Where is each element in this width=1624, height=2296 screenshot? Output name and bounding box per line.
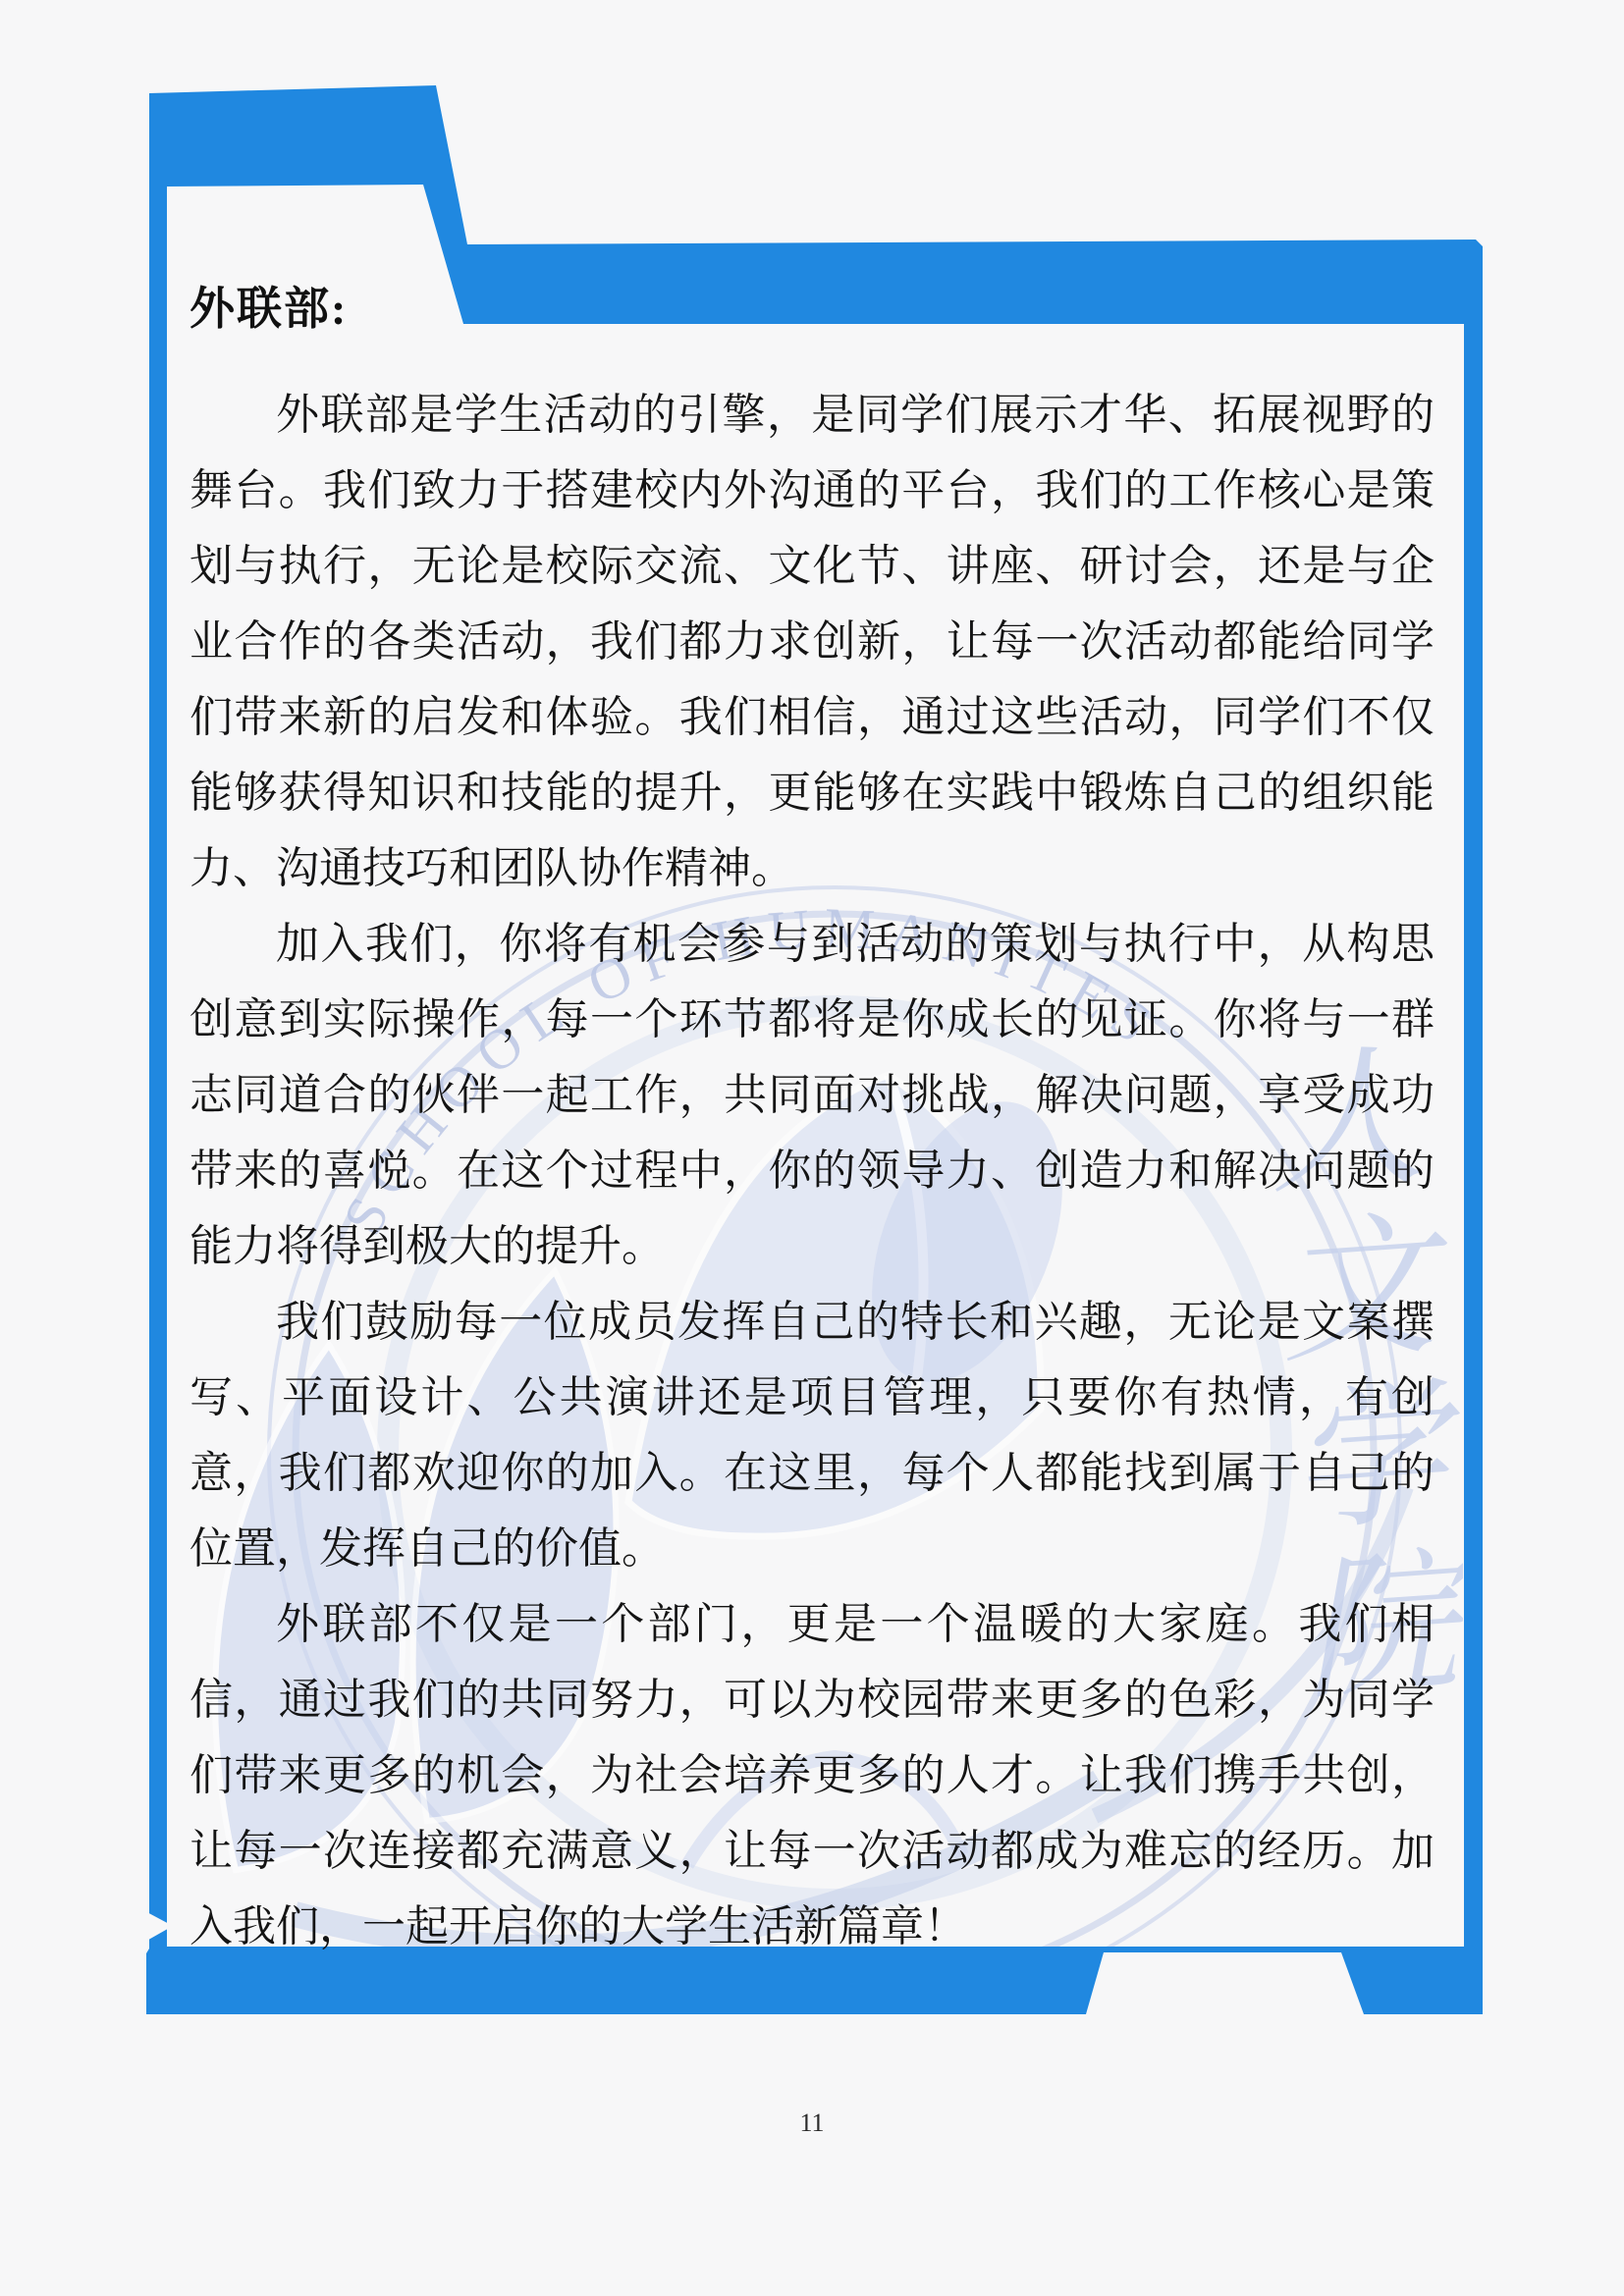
document-page: SCHOOL OF HUMANITES 人文学院 外联部: 外联部是学生活动的引… [0,0,1624,2296]
page-number: 11 [0,2109,1624,2138]
section-title: 外联部: [189,273,348,338]
body-text: 外联部是学生活动的引擎，是同学们展示才华、拓展视野的舞台。我们致力于搭建校内外沟… [189,377,1435,1964]
paragraph: 我们鼓励每一位成员发挥自己的特长和兴趣，无论是文案撰写、平面设计、公共演讲还是项… [189,1284,1435,1586]
content-area: 外联部: 外联部是学生活动的引擎，是同学们展示才华、拓展视野的舞台。我们致力于搭… [0,0,1624,2296]
paragraph: 外联部是学生活动的引擎，是同学们展示才华、拓展视野的舞台。我们致力于搭建校内外沟… [189,377,1435,906]
paragraph: 外联部不仅是一个部门，更是一个温暖的大家庭。我们相信，通过我们的共同努力，可以为… [189,1586,1435,1964]
paragraph: 加入我们，你将有机会参与到活动的策划与执行中，从构思创意到实际操作，每一个环节都… [189,906,1435,1284]
